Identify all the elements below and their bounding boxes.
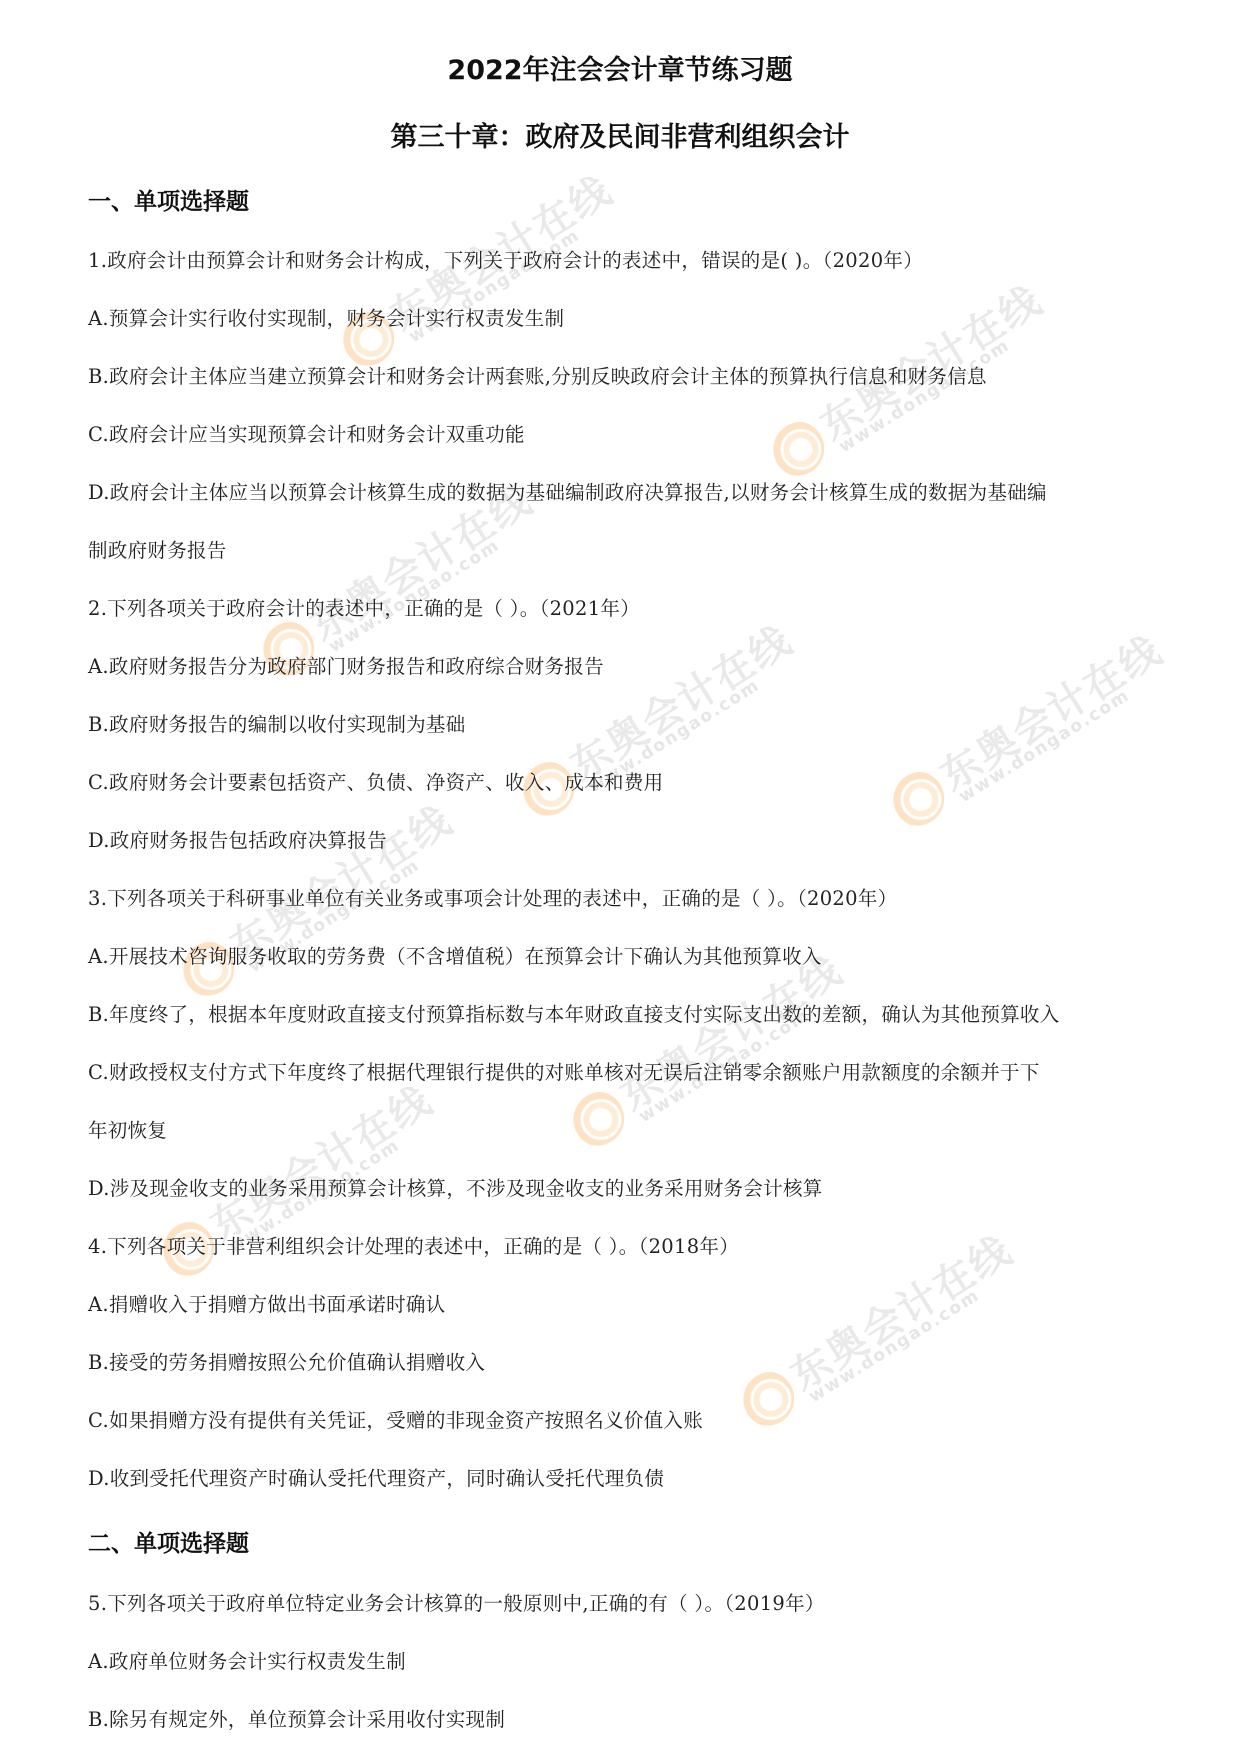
section-heading: 二、单项选择题: [88, 1525, 249, 1558]
question-option: A.预算会计实行收付实现制，财务会计实行权责发生制: [88, 303, 564, 331]
question-option: B.政府财务报告的编制以收付实现制为基础: [88, 709, 466, 737]
question-option: A.捐赠收入于捐赠方做出书面承诺时确认: [88, 1289, 445, 1317]
question-option: A.政府单位财务会计实行权责发生制: [88, 1646, 406, 1674]
chapter-title: 第三十章：政府及民间非营利组织会计: [0, 115, 1240, 154]
section-heading: 一、单项选择题: [88, 183, 249, 216]
question-stem: 2.下列各项关于政府会计的表述中，正确的是（ ）。（2021年）: [88, 593, 640, 621]
question-stem: 3.下列各项关于科研事业单位有关业务或事项会计处理的表述中，正确的是（ ）。（2…: [88, 883, 897, 911]
question-option-continued: 年初恢复: [88, 1115, 167, 1143]
question-option: C.政府财务会计要素包括资产、负债、净资产、收入、成本和费用: [88, 767, 663, 795]
question-option: D.政府会计主体应当以预算会计核算生成的数据为基础编制政府决算报告,以财务会计核…: [88, 477, 1047, 505]
question-option: B.除另有规定外，单位预算会计采用收付实现制: [88, 1704, 505, 1732]
question-option: C.财政授权支付方式下年度终了根据代理银行提供的对账单核对无误后注销零余额账户用…: [88, 1057, 1040, 1085]
question-option: B.接受的劳务捐赠按照公允价值确认捐赠收入: [88, 1347, 485, 1375]
question-option: D.政府财务报告包括政府决算报告: [88, 825, 387, 853]
question-option: B.年度终了，根据本年度财政直接支付预算指标数与本年财政直接支付实际支出数的差额…: [88, 999, 1060, 1027]
question-option: D.收到受托代理资产时确认受托代理资产，同时确认受托代理负债: [88, 1463, 664, 1491]
document-page: 东奥会计在线 www.dongao.com 东奥会计在线 www.dongao.…: [0, 0, 1240, 1753]
question-option: A.开展技术咨询服务收取的劳务费（不含增值税）在预算会计下确认为其他预算收入: [88, 941, 822, 969]
question-stem: 1.政府会计由预算会计和财务会计构成，下列关于政府会计的表述中，错误的是( )。…: [88, 245, 923, 273]
question-option-continued: 制政府财务报告: [88, 535, 227, 563]
question-option: C.政府会计应当实现预算会计和财务会计双重功能: [88, 419, 525, 447]
document-content: 2022年注会会计章节练习题 第三十章：政府及民间非营利组织会计 一、单项选择题…: [0, 0, 1240, 1753]
question-stem: 5.下列各项关于政府单位特定业务会计核算的一般原则中,正确的有（ ）。（2019…: [88, 1588, 825, 1616]
document-title: 2022年注会会计章节练习题: [0, 48, 1240, 87]
question-option: D.涉及现金收支的业务采用预算会计核算，不涉及现金收支的业务采用财务会计核算: [88, 1173, 823, 1201]
question-stem: 4.下列各项关于非营利组织会计处理的表述中，正确的是（ ）。（2018年）: [88, 1231, 739, 1259]
question-option: C.如果捐赠方没有提供有关凭证，受赠的非现金资产按照名义价值入账: [88, 1405, 703, 1433]
question-option: A.政府财务报告分为政府部门财务报告和政府综合财务报告: [88, 651, 604, 679]
question-option: B.政府会计主体应当建立预算会计和财务会计两套账,分别反映政府会计主体的预算执行…: [88, 361, 987, 389]
